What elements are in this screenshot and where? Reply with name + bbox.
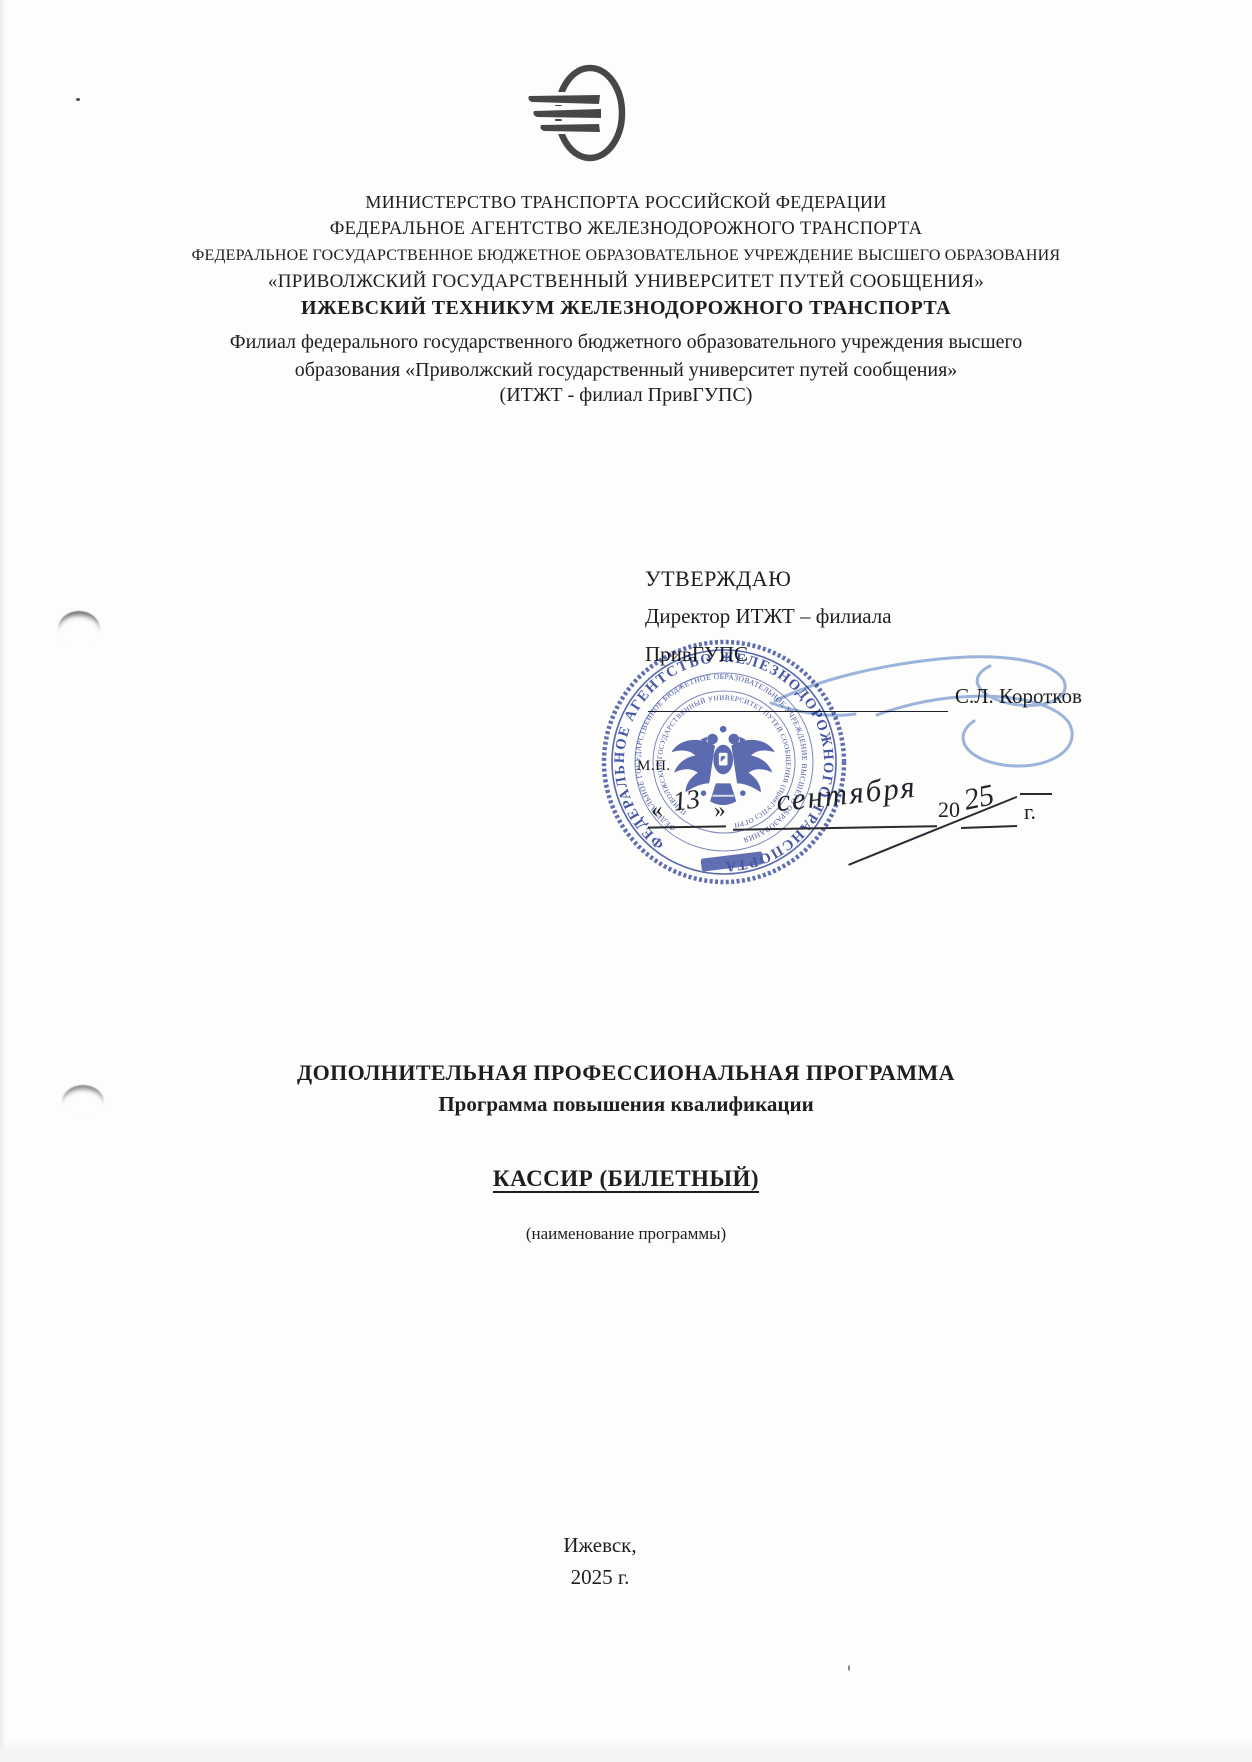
agency-line: ФЕДЕРАЛЬНОЕ АГЕНТСТВО ЖЕЛЕЗНОДОРОЖНОГО Т… [0,219,1252,240]
branch-line-2: образования «Приволжский государственный… [295,359,958,381]
program-title: ДОПОЛНИТЕЛЬНАЯ ПРОФЕССИОНАЛЬНАЯ ПРОГРАММ… [0,1060,1252,1086]
footer-city: Ижевск, [0,1533,1226,1558]
scan-speck [76,98,80,101]
program-name: КАССИР (БИЛЕТНЫЙ) [0,1166,1252,1192]
date-year-prefix: 20 [938,797,960,823]
branch-line-1: Филиал федерального государственного бюд… [230,331,1022,353]
date-gmark-line [1020,793,1052,795]
footer-year: 2025 г. [0,1565,1226,1590]
railway-agency-logo [525,64,627,166]
institution-line: ФЕДЕРАЛЬНОЕ ГОСУДАРСТВЕННОЕ БЮДЖЕТНОЕ ОБ… [0,247,1252,265]
logo-wing-stripes [528,92,603,134]
document-page: МИНИСТЕРСТВО ТРАНСПОРТА РОССИЙСКОЙ ФЕДЕР… [0,0,1252,1762]
punch-hole-bottom [62,1085,104,1119]
abbreviation-line: (ИТЖТ - филиал ПривГУПС) [0,384,1252,407]
date-quote-open: « [650,797,663,824]
scan-speck [848,1665,850,1671]
approval-heading: УТВЕРЖДАЮ [645,566,791,592]
signature-scribble [757,623,1107,798]
date-quote-close: » [713,797,726,824]
date-day-handwritten: 13 [671,783,702,817]
branch-line: Филиал федерального государственного бюд… [0,328,1252,384]
program-subtitle: Программа повышения квалификации [0,1092,1252,1117]
ministry-line: МИНИСТЕРСТВО ТРАНСПОРТА РОССИЙСКОЙ ФЕДЕР… [0,192,1252,213]
date-year-underline [961,825,1017,829]
punch-hole-top [58,611,100,647]
technikum-line: ИЖЕВСКИЙ ТЕХНИКУМ ЖЕЛЕЗНОДОРОЖНОГО ТРАНС… [0,297,1252,320]
date-year-mark: г. [1024,799,1036,825]
university-line: «ПРИВОЛЖСКИЙ ГОСУДАРСТВЕННЫЙ УНИВЕРСИТЕТ… [0,271,1252,293]
program-name-caption: (наименование программы) [0,1224,1252,1244]
